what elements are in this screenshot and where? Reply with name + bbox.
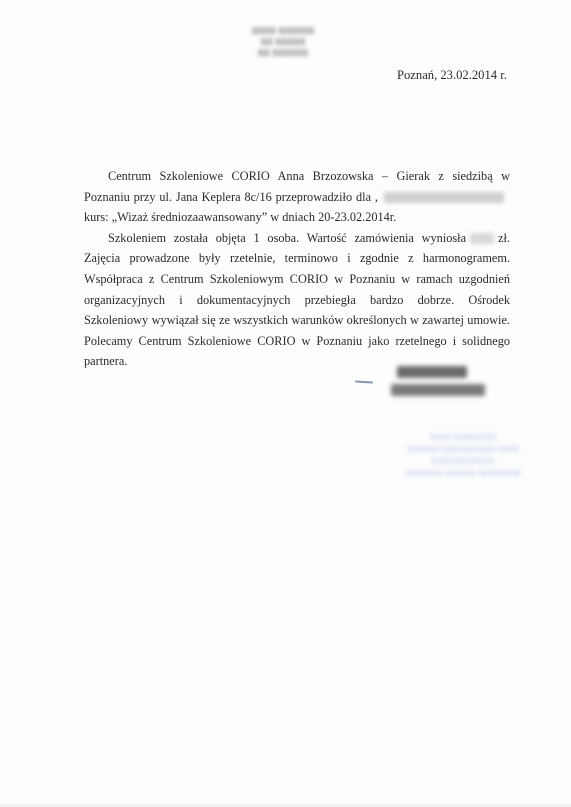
place-and-date: Poznań, 23.02.2014 r. [397, 68, 507, 83]
company-stamp-redacted: XXXX XXXXXXXX XXXXXX XXXXXXXXXX XXXX XXX… [398, 432, 528, 480]
redacted-order-amount [470, 233, 494, 244]
sender-stamp-redacted: XXXX XXXXXX XX XXXXX XX XXXXXX [228, 26, 338, 59]
signature-title-blur [391, 384, 485, 396]
signature-name-blur [397, 366, 467, 378]
company-stamp-line: XXXXXXX XXXXXX XXXXXXXX [398, 468, 528, 480]
redacted-recipient-name [384, 192, 504, 203]
company-stamp-line: XXXX XXXXXXXX [398, 432, 528, 444]
paragraph-course-info: Centrum Szkoleniowe CORIO Anna Brzozowsk… [84, 166, 510, 228]
scanned-letter-page: XXXX XXXXXX XX XXXXX XX XXXXXX Poznań, 2… [0, 0, 571, 805]
sender-stamp-line: XX XXXXXX [228, 48, 338, 59]
signature-pen-stroke [355, 380, 373, 383]
paragraph-recommendation: Szkoleniem została objęta 1 osoba. Warto… [84, 228, 510, 372]
paragraph-text: Szkoleniem została objęta 1 osoba. Warto… [108, 231, 466, 245]
letter-body: Centrum Szkoleniowe CORIO Anna Brzozowsk… [84, 166, 510, 372]
sender-stamp-line: XX XXXXX [228, 37, 338, 48]
company-stamp-line: XXXXXXXXXXXX [398, 456, 528, 468]
company-stamp-line: XXXXXX XXXXXXXXXX XXXX [398, 444, 528, 456]
sender-stamp-line: XXXX XXXXXX [228, 26, 338, 37]
paragraph-text: zł. Zajęcia prowadzone były rzetelnie, t… [84, 231, 510, 369]
paragraph-text: kurs: „Wizaż średniozaawansowany” w dnia… [84, 210, 396, 224]
signature-redacted [355, 362, 475, 404]
